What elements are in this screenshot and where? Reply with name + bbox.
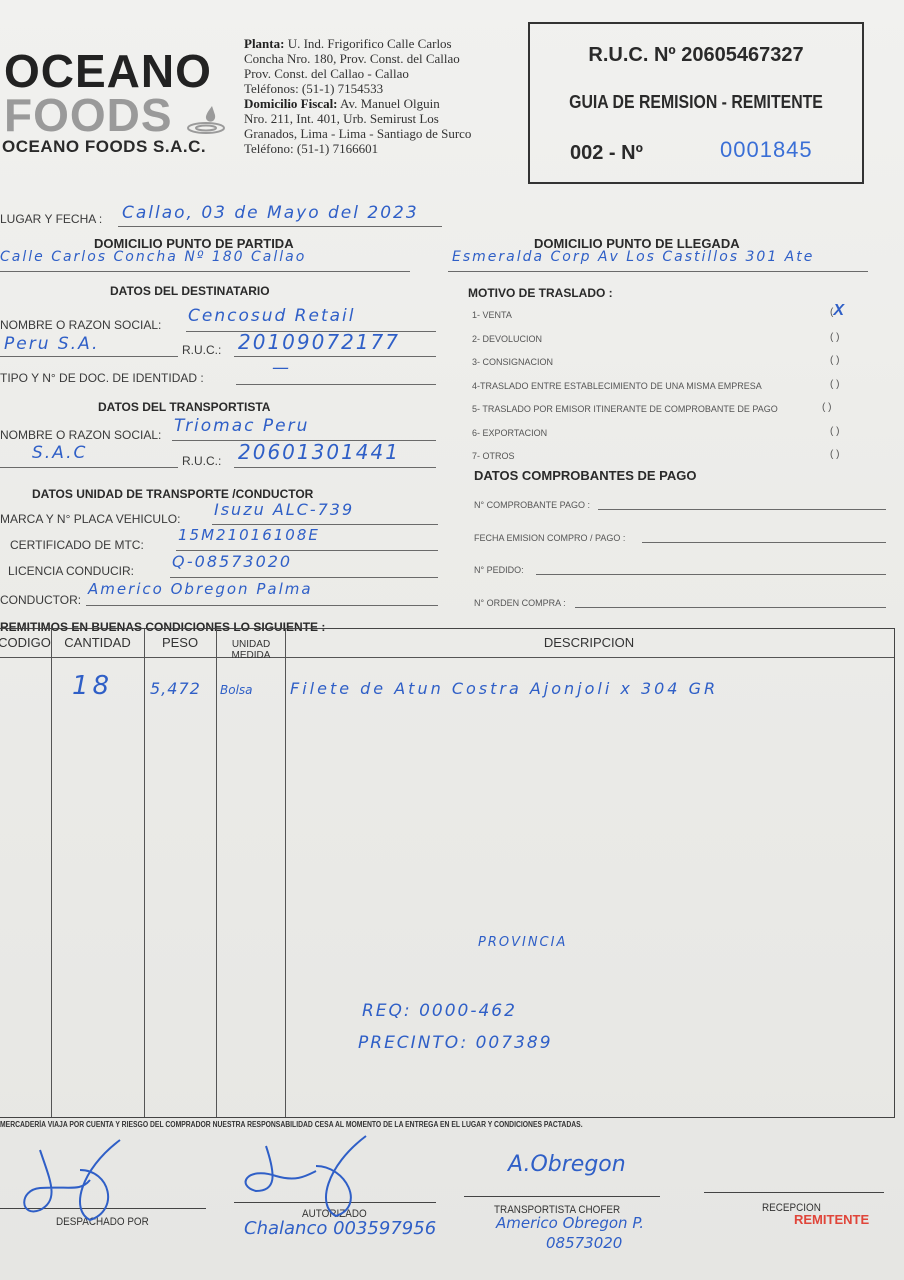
partida-value: Calle Carlos Concha Nº 180 Callao (0, 249, 306, 265)
motivo-checkbox[interactable]: ( ) (830, 332, 839, 343)
motivo-option-label: 1- VENTA (472, 310, 512, 320)
motivo-checkbox[interactable]: ( ) (830, 379, 839, 390)
items-table: CODIGO CANTIDAD PESO UNIDAD MEDIDA DESCR… (0, 628, 895, 1118)
despachado-signature-icon (10, 1140, 170, 1220)
transportista-line (464, 1196, 660, 1197)
column-header-codigo: CODIGO (0, 635, 51, 650)
motivo-option-label: 5- TRASLADO POR EMISOR ITINERANTE DE COM… (472, 404, 778, 414)
placa-label: MARCA Y N° PLACA VEHICULO: (0, 512, 180, 526)
ruc-box: R.U.C. Nº 20605467327 GUIA DE REMISION -… (528, 22, 864, 184)
motivo-checkbox[interactable]: ( ) (822, 402, 831, 413)
licencia-label: LICENCIA CONDUCIR: (8, 564, 134, 578)
destinatario-nombre-value-2: Peru S.A. (4, 334, 99, 354)
mtc-label: CERTIFICADO DE MTC: (10, 538, 144, 552)
transportista-nombre-value-1: Triomac Peru (174, 416, 309, 436)
motivo-option-label: 6- EXPORTACION (472, 428, 547, 438)
ruc-number: R.U.C. Nº 20605467327 (530, 44, 862, 67)
motivo-option-label: 3- CONSIGNACION (472, 357, 553, 367)
column-header-unidad: UNIDAD MEDIDA (218, 639, 284, 661)
llegada-value: Esmeralda Corp Av Los Castillos 301 Ate (452, 249, 814, 265)
address-line: Teléfonos: (51-1) 7154533 (244, 81, 471, 96)
motivo-checkbox[interactable]: (X (830, 302, 844, 320)
recepcion-line (704, 1192, 884, 1193)
partida-underline (0, 271, 410, 272)
conductor-value: Americo Obregon Palma (88, 580, 313, 598)
copy-label-remitente: REMITENTE (794, 1212, 869, 1227)
document-type: GUIA DE REMISION - REMITENTE (550, 92, 842, 113)
comprobante-field-input[interactable] (575, 607, 886, 608)
logo-foods-text: FOODS (4, 88, 173, 142)
comprobante-field-input[interactable] (642, 542, 886, 543)
motivo-checkbox[interactable]: ( ) (830, 449, 839, 460)
underline (0, 467, 178, 468)
transportista-handwritten-license: 08573020 (546, 1234, 622, 1252)
mtc-value: 15M21016108E (178, 526, 320, 544)
address-line: Nro. 211, Int. 401, Urb. Semirust Los (244, 111, 471, 126)
underline (86, 605, 438, 606)
transportista-handwritten-name: Americo Obregon P. (496, 1214, 644, 1232)
autorizado-handwritten: Chalanco 003597956 (244, 1218, 436, 1239)
conductor-label: CONDUCTOR: (0, 593, 81, 607)
placa-value: Isuzu ALC-739 (214, 500, 354, 519)
cell-descripcion: Filete de Atun Costra Ajonjoli x 304 GR (290, 679, 718, 698)
unidad-heading: DATOS UNIDAD DE TRANSPORTE /CONDUCTOR (32, 487, 313, 501)
motivo-heading: MOTIVO DE TRASLADO : (468, 286, 613, 300)
address-line: Prov. Const. del Callao - Callao (244, 66, 471, 81)
comprobante-field-label: N° ORDEN COMPRA : (474, 598, 566, 608)
address-line: Concha Nro. 180, Prov. Const. del Callao (244, 51, 471, 66)
transportista-nombre-value-2: S.A.C (32, 443, 87, 463)
transportista-signature: A.Obregon (508, 1152, 626, 1177)
comprobante-field-label: N° PEDIDO: (474, 565, 524, 575)
destinatario-doc-label: TIPO Y N° DE DOC. DE IDENTIDAD : (0, 371, 204, 385)
underline (236, 384, 436, 385)
motivo-checkbox[interactable]: ( ) (830, 355, 839, 366)
transportista-heading: DATOS DEL TRANSPORTISTA (98, 400, 270, 414)
licencia-value: Q-08573020 (172, 552, 292, 571)
lugar-fecha-underline (118, 226, 442, 227)
motivo-option-label: 2- DEVOLUCION (472, 334, 542, 344)
destinatario-doc-value: — (272, 358, 291, 378)
comprobante-field-label: N° COMPROBANTE PAGO : (474, 500, 590, 510)
remission-guide-document: OCEANO FOODS OCEANO FOODS S.A.C. Planta:… (0, 0, 904, 1280)
address-line: Teléfono: (51-1) 7166601 (244, 141, 471, 156)
column-header-cantidad: CANTIDAD (51, 635, 144, 650)
cell-unidad: Bolsa (220, 683, 253, 697)
autorizado-signature-icon (236, 1136, 396, 1216)
document-number: 0001845 (720, 137, 813, 163)
note-precinto: PRECINTO: 007389 (358, 1033, 553, 1053)
destinatario-nombre-label: NOMBRE O RAZON SOCIAL: (0, 318, 161, 332)
lugar-fecha-label: LUGAR Y FECHA : (0, 212, 102, 226)
destinatario-heading: DATOS DEL DESTINATARIO (110, 284, 270, 298)
lugar-fecha-value: Callao, 03 de Mayo del 2023 (122, 203, 419, 223)
destinatario-ruc-label: R.U.C.: (182, 343, 221, 357)
water-drop-logo-icon (182, 104, 228, 140)
llegada-underline (448, 271, 868, 272)
comprobante-field-input[interactable] (598, 509, 886, 510)
transportista-ruc-value: 20601301441 (238, 440, 400, 464)
destinatario-ruc-value: 20109072177 (238, 330, 400, 354)
motivo-option-label: 7- OTROS (472, 451, 515, 461)
underline (212, 524, 438, 525)
motivo-option-label: 4-TRASLADO ENTRE ESTABLECIMIENTO DE UNA … (472, 381, 762, 391)
underline (176, 550, 438, 551)
comprobante-field-label: FECHA EMISION COMPRO / PAGO : (474, 533, 625, 543)
underline (170, 577, 438, 578)
underline (0, 356, 178, 357)
motivo-checkbox[interactable]: ( ) (830, 426, 839, 437)
address-line: Domicilio Fiscal: Av. Manuel Olguin (244, 96, 471, 111)
note-req: REQ: 0000-462 (362, 1001, 517, 1021)
document-series: 002 - Nº (570, 142, 643, 165)
company-legal-name: OCEANO FOODS S.A.C. (2, 137, 206, 157)
company-address-block: Planta: U. Ind. Frigorifico Calle Carlos… (244, 36, 471, 156)
comprobante-field-input[interactable] (536, 574, 886, 575)
note-provincia: PROVINCIA (478, 935, 567, 950)
transportista-nombre-label: NOMBRE O RAZON SOCIAL: (0, 428, 161, 442)
address-line: Granados, Lima - Lima - Santiago de Surc… (244, 126, 471, 141)
cell-cantidad: 18 (72, 671, 113, 701)
column-header-descripcion: DESCRIPCION (285, 635, 893, 650)
underline (234, 356, 436, 357)
underline (234, 467, 436, 468)
destinatario-nombre-value-1: Cencosud Retail (188, 306, 355, 326)
cell-peso: 5,472 (150, 679, 201, 698)
disclaimer-text: MERCADERÍA VIAJA POR CUENTA Y RIESGO DEL… (0, 1120, 583, 1129)
column-header-peso: PESO (144, 635, 216, 650)
comprobantes-heading: DATOS COMPROBANTES DE PAGO (474, 468, 696, 483)
transportista-ruc-label: R.U.C.: (182, 454, 221, 468)
address-line: Planta: U. Ind. Frigorifico Calle Carlos (244, 36, 471, 51)
